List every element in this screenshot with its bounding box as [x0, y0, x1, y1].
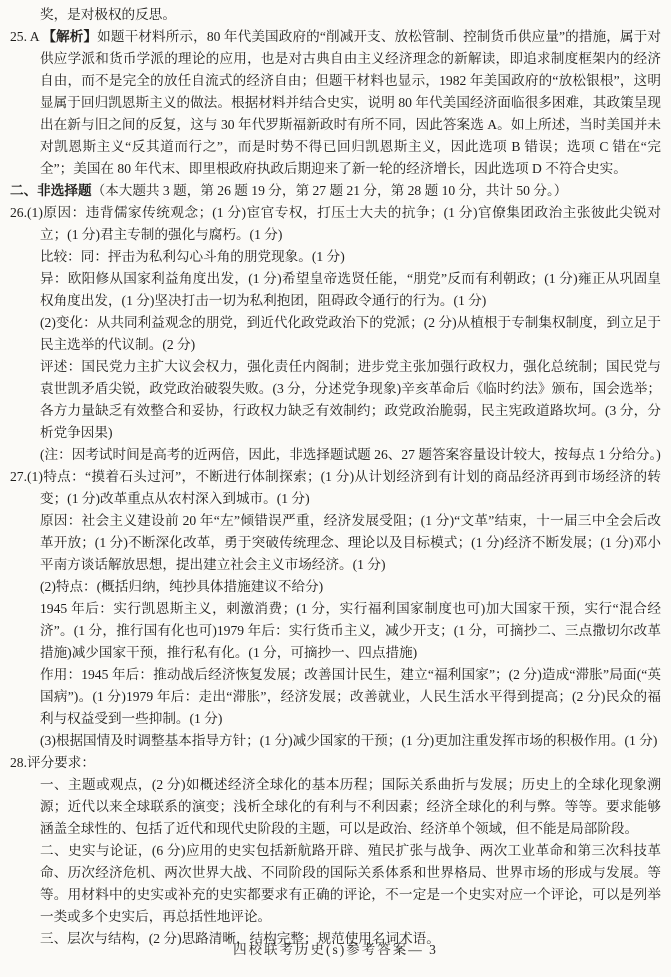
paragraph-text: (1)原因：违背儒家传统观念；(1 分)宦官专权，打压士大夫的抗争；(1 分)官…: [27, 205, 661, 242]
paragraph: (2)变化：从共同利益观念的朋党，到近代化政党政治下的党派；(2 分)从植根于专…: [40, 312, 661, 356]
paragraph-text: 奖，是对极权的反思。: [40, 7, 176, 22]
item-number: 28.: [10, 755, 27, 770]
paragraph-text: 作用：1945 年后：推动战后经济恢复发展；改善国计民生，建立“福利国家”；(2…: [40, 667, 661, 726]
item-number: 26.: [10, 205, 27, 220]
item-number: 25. A: [10, 29, 42, 44]
paragraph-text: (1)特点：“摸着石头过河”，不断进行体制探索；(1 分)从计划经济到有计划的商…: [27, 469, 661, 506]
paragraph-text: 一、主题或观点，(2 分)如概述经济全球化的基本历程；国际关系曲折与发展；历史上…: [40, 777, 661, 836]
paragraph-text: 评分要求：: [27, 755, 95, 770]
paragraph: (注：因考试时间是高考的近两倍，因此，非选择题试题 26、27 题答案容量设计较…: [40, 444, 661, 466]
paragraph: (2)特点：(概括归纳，纯抄具体措施建议不给分): [40, 576, 661, 598]
paragraph: 奖，是对极权的反思。: [40, 4, 661, 26]
paragraph: (3)根据国情及时调整基本指导方针；(1 分)减少国家的干预；(1 分)更加注重…: [40, 730, 661, 752]
paragraph-text: (注：因考试时间是高考的近两倍，因此，非选择题试题 26、27 题答案容量设计较…: [40, 447, 661, 462]
paragraph-text: 1945 年后：实行凯恩斯主义，刺激消费；(1 分，实行福利国家制度也可)加大国…: [40, 601, 661, 660]
paragraph-text: (2)变化：从共同利益观念的朋党，到近代化政党政治下的党派；(2 分)从植根于专…: [40, 315, 661, 352]
page-footer: 四校联考历史(s)参考答案— 3: [0, 939, 671, 961]
paragraph: 评述：国民党力主扩大议会权力，强化责任内阁制；进步党主张加强行政权力，强化总统制…: [40, 356, 661, 444]
paragraph: 28.评分要求：: [40, 752, 661, 774]
paragraph: 二、史实与论证，(6 分)应用的史实包括新航路开辟、殖民扩张与战争、两次工业革命…: [40, 840, 661, 928]
paragraph: 27.(1)特点：“摸着石头过河”，不断进行体制探索；(1 分)从计划经济到有计…: [40, 466, 661, 510]
paragraph: 比较：同：抨击为私利勾心斗角的朋党现象。(1 分): [40, 246, 661, 268]
paragraph-text: 二、史实与论证，(6 分)应用的史实包括新航路开辟、殖民扩张与战争、两次工业革命…: [40, 843, 661, 924]
paragraph: 作用：1945 年后：推动战后经济恢复发展；改善国计民生，建立“福利国家”；(2…: [40, 664, 661, 730]
paragraph-text: 异：欧阳修从国家利益角度出发，(1 分)希望皇帝选贤任能，“朋党”反而有利朝政；…: [40, 271, 661, 308]
paragraph-text: （本大题共 3 题，第 26 题 19 分，第 27 题 21 分，第 28 题…: [92, 183, 568, 198]
paragraph: 25. A 【解析】如题干材料所示，80 年代美国政府的“削减开支、放松管制、控…: [40, 26, 661, 180]
paragraph-text: (2)特点：(概括归纳，纯抄具体措施建议不给分): [40, 579, 323, 594]
paragraph-text: (3)根据国情及时调整基本指导方针；(1 分)减少国家的干预；(1 分)更加注重…: [40, 733, 657, 748]
paragraph: 26.(1)原因：违背儒家传统观念；(1 分)宦官专权，打压士大夫的抗争；(1 …: [40, 202, 661, 246]
paragraph: 1945 年后：实行凯恩斯主义，刺激消费；(1 分，实行福利国家制度也可)加大国…: [40, 598, 661, 664]
paragraph-list: 奖，是对极权的反思。25. A 【解析】如题干材料所示，80 年代美国政府的“削…: [10, 4, 661, 950]
answer-key-page: 奖，是对极权的反思。25. A 【解析】如题干材料所示，80 年代美国政府的“削…: [0, 0, 671, 977]
paragraph-text: 如题干材料所示，80 年代美国政府的“削减开支、放松管制、控制货币供应量”的措施…: [40, 29, 661, 176]
section-title: 二、非选择题: [10, 183, 92, 198]
paragraph-text: 评述：国民党力主扩大议会权力，强化责任内阁制；进步党主张加强行政权力，强化总统制…: [40, 359, 661, 440]
paragraph-text: 比较：同：抨击为私利勾心斗角的朋党现象。(1 分): [40, 249, 345, 264]
section-header: 二、非选择题（本大题共 3 题，第 26 题 19 分，第 27 题 21 分，…: [40, 180, 661, 202]
paragraph-text: 原因：社会主义建设前 20 年“左”倾错误严重，经济发展受阻；(1 分)“文革”…: [40, 513, 661, 572]
paragraph: 原因：社会主义建设前 20 年“左”倾错误严重，经济发展受阻；(1 分)“文革”…: [40, 510, 661, 576]
paragraph: 异：欧阳修从国家利益角度出发，(1 分)希望皇帝选贤任能，“朋党”反而有利朝政；…: [40, 268, 661, 312]
bold-label: 【解析】: [42, 29, 97, 44]
paragraph: 一、主题或观点，(2 分)如概述经济全球化的基本历程；国际关系曲折与发展；历史上…: [40, 774, 661, 840]
item-number: 27.: [10, 469, 27, 484]
